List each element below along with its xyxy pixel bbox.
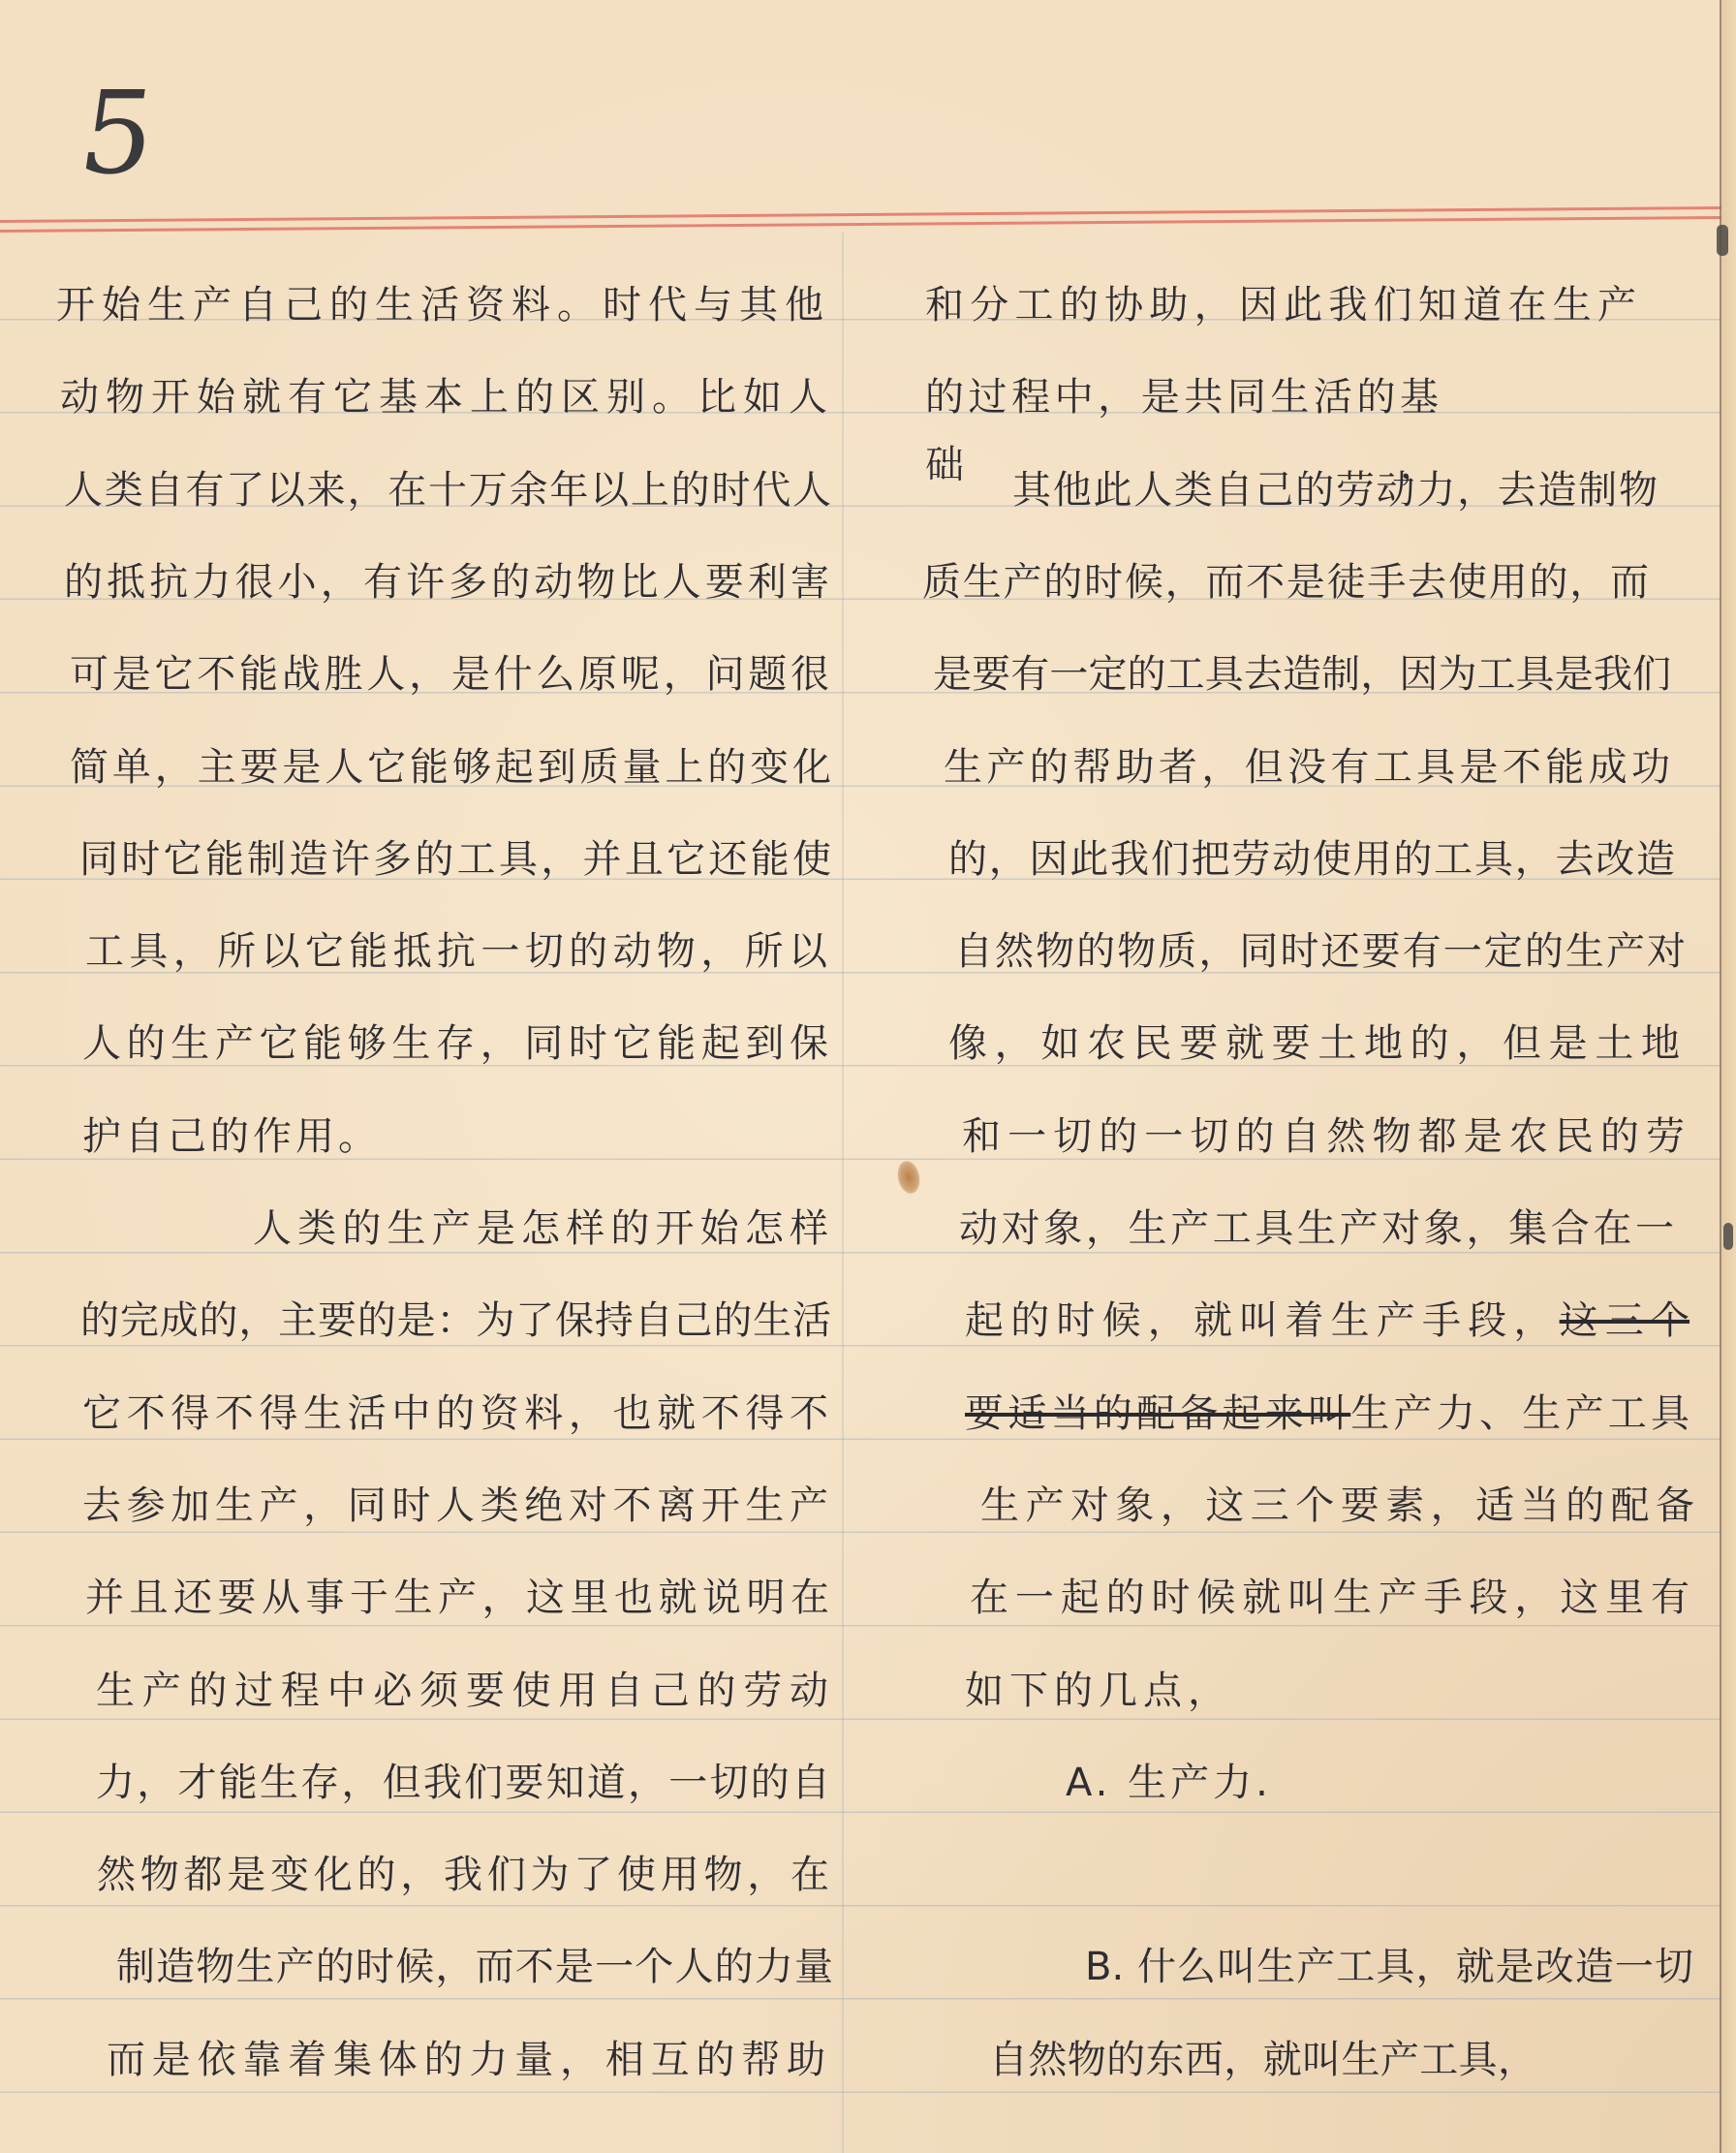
text-line: 像，如农民要就要土地的，但是土地: [948, 1010, 1680, 1077]
text-line: 是要有一定的工具去造制，因为工具是我们: [933, 640, 1671, 708]
text-line: 生产的过程中必须要使用自己的劳动: [96, 1657, 828, 1725]
text-line: 自然物的物质，同时还要有一定的生产对: [954, 918, 1686, 985]
line-text: 生产力、生产工具: [1350, 1391, 1689, 1436]
line-text: 起的时候，就叫着生产手段，: [965, 1298, 1560, 1343]
list-item-a: A. 生产力.: [1066, 1749, 1272, 1817]
text-line: 的完成的，主要的是：为了保持自己的生活: [80, 1287, 831, 1355]
text-line: 动物开始就有它基本上的区别。比如人: [60, 363, 827, 431]
notebook-page: 5 开始生产自己的生活资料。时代与其他 动物开始就有它基本上的区别。比如人 人类…: [0, 0, 1736, 2153]
text-line: 的，因此我们把劳动使用的工具，去改造: [948, 826, 1675, 893]
text-line: 的抵抗力很小，有许多的动物比人要利害: [64, 548, 829, 616]
column-divider-line: [842, 233, 844, 2153]
text-line: 护自己的作用。: [82, 1103, 381, 1170]
page-edge: [1720, 0, 1721, 2153]
text-line: 同时它能制造许多的工具，并且它还能使: [79, 826, 831, 893]
struck-text: 这三个: [1560, 1298, 1689, 1343]
text-line: 工具，所以它能抵抗一切的动物，所以: [85, 918, 827, 985]
text-line: 而是依靠着集体的力量，相互的帮助: [107, 2026, 825, 2094]
text-line: 制造物生产的时候，而不是一个人的力量: [116, 1933, 833, 2001]
text-line: 简单，主要是人它能够起到质量上的变化: [70, 733, 831, 801]
text-line: 并且还要从事于生产，这里也就说明在: [85, 1564, 829, 1632]
text-line: 和一切的一切的自然物都是农民的劳: [962, 1103, 1685, 1170]
struck-text: 要适当的配备起来叫: [965, 1391, 1350, 1436]
text-line: 开始生产自己的生活资料。时代与其他: [56, 271, 823, 339]
text-line-with-strikethrough: 起的时候，就叫着生产手段，这三个: [965, 1287, 1689, 1355]
text-line: 如下的几点，: [965, 1657, 1232, 1725]
text-line-indented: 人类的生产是怎样的开始怎样: [253, 1195, 828, 1263]
text-line-indented: 其他此人类自己的劳动力，去造制物: [1012, 456, 1658, 524]
list-item-b: B. 什么叫生产工具，就是改造一切: [1085, 1933, 1693, 2001]
text-line: 动对象，生产工具生产对象，集合在一: [959, 1195, 1674, 1263]
text-line: 和分工的协助，因此我们知道在生产: [925, 271, 1636, 339]
text-line: 质生产的时候，而不是徒手去使用的，而: [922, 548, 1649, 616]
text-line: 的过程中，是共同生活的基础，: [925, 363, 1439, 431]
text-line: 它不得不得生活中的资料，也就不得不: [82, 1380, 828, 1448]
text-line: 生产对象，这三个要素，适当的配备: [980, 1472, 1694, 1540]
text-line: 生产的帮助者，但没有工具是不能成功: [944, 733, 1670, 801]
text-line: 力，才能生存，但我们要知道，一切的自: [96, 1749, 830, 1817]
text-line: 可是它不能战胜人，是什么原呢，问题很: [70, 640, 829, 708]
page-number: 5: [73, 70, 163, 196]
binding-mark: [1723, 1223, 1733, 1250]
text-line: 去参加生产，同时人类绝对不离开生产: [82, 1472, 828, 1540]
text-line: 自然物的东西，就叫生产工具，: [989, 2026, 1536, 2094]
text-line: 人的生产它能够生存，同时它能起到保: [82, 1010, 828, 1077]
binding-mark: [1717, 225, 1728, 256]
text-line: 人类自有了以来，在十万余年以上的时代人: [64, 456, 831, 524]
page-binding: [1721, 0, 1736, 2153]
text-line: 在一起的时候就叫生产手段，这里有: [970, 1564, 1689, 1632]
text-line-with-strikethrough: 要适当的配备起来叫生产力、生产工具: [965, 1380, 1689, 1448]
text-line: 然物都是变化的，我们为了使用物，在: [97, 1841, 829, 1909]
